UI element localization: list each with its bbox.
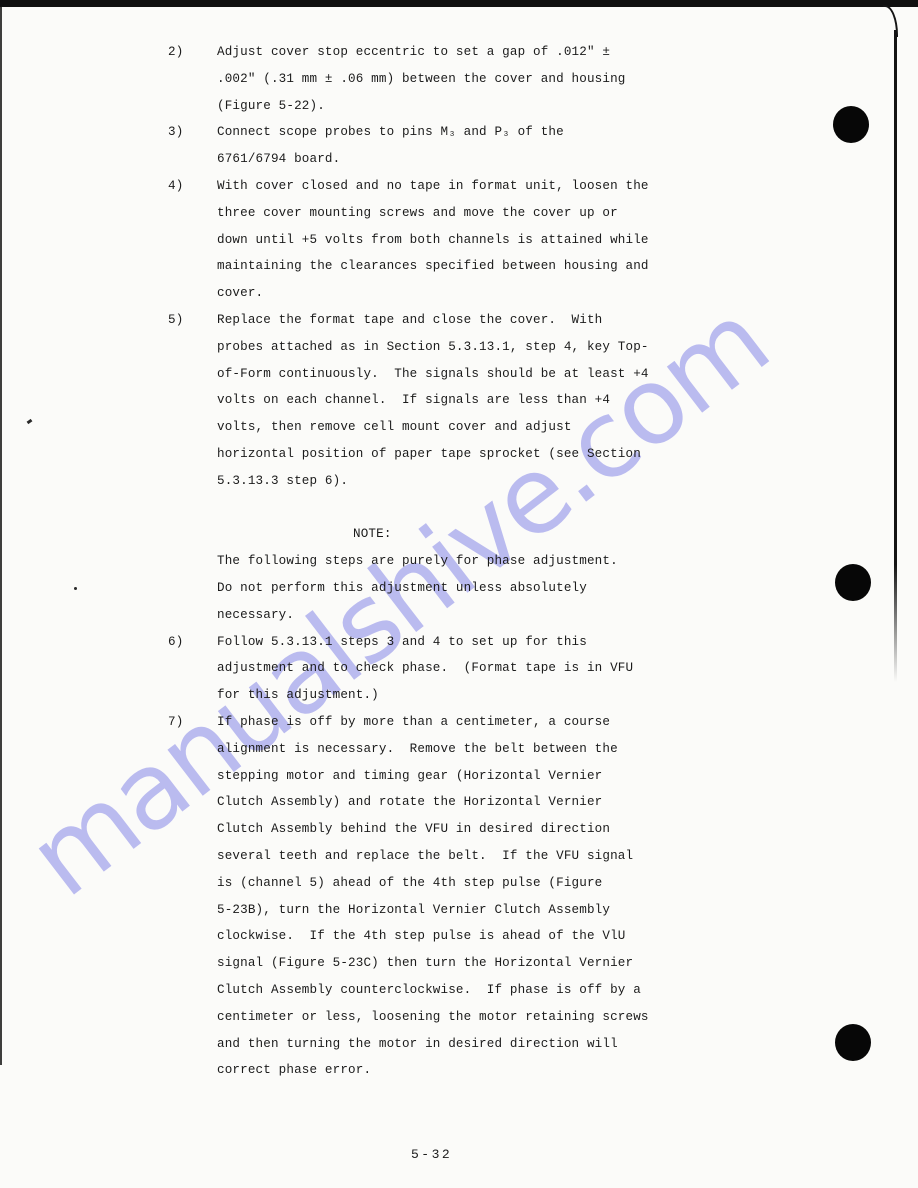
step-number: 6) <box>168 634 183 650</box>
text-line: Follow 5.3.13.1 steps 3 and 4 to set up … <box>217 634 587 650</box>
text-line: centimeter or less, loosening the motor … <box>217 1009 649 1025</box>
text-line: Clutch Assembly behind the VFU in desire… <box>217 821 610 837</box>
scan-edge-left-line <box>0 7 2 1065</box>
text-line: maintaining the clearances specified bet… <box>217 258 649 274</box>
text-line: correct phase error. <box>217 1062 371 1078</box>
text-line: .002" (.31 mm ± .06 mm) between the cove… <box>217 71 626 87</box>
text-line: probes attached as in Section 5.3.13.1, … <box>217 339 649 355</box>
text-line: Connect scope probes to pins M₃ and P₃ o… <box>217 124 564 140</box>
scanned-manual-page: manualshive.com 2)Adjust cover stop ecce… <box>0 0 918 1188</box>
text-line: (Figure 5-22). <box>217 98 325 114</box>
scan-edge-top-strip <box>0 0 918 7</box>
scan-edge-right-line <box>894 30 897 682</box>
scan-speck <box>74 587 77 590</box>
text-line: necessary. <box>217 607 294 623</box>
step-number: 2) <box>168 44 183 60</box>
page-number: 5-32 <box>411 1147 452 1162</box>
text-line: volts, then remove cell mount cover and … <box>217 419 572 435</box>
text-line: of-Form continuously. The signals should… <box>217 366 649 382</box>
text-line: 6761/6794 board. <box>217 151 340 167</box>
text-line: several teeth and replace the belt. If t… <box>217 848 633 864</box>
step-number: 4) <box>168 178 183 194</box>
step-number: 7) <box>168 714 183 730</box>
scan-speck <box>27 419 33 424</box>
text-line: Replace the format tape and close the co… <box>217 312 602 328</box>
text-line: and then turning the motor in desired di… <box>217 1036 618 1052</box>
text-line: 5.3.13.3 step 6). <box>217 473 348 489</box>
text-line: alignment is necessary. Remove the belt … <box>217 741 618 757</box>
text-line: signal (Figure 5-23C) then turn the Hori… <box>217 955 633 971</box>
punch-hole-dot <box>835 564 871 601</box>
text-line: down until +5 volts from both channels i… <box>217 232 649 248</box>
text-line: is (channel 5) ahead of the 4th step pul… <box>217 875 602 891</box>
text-line: Clutch Assembly) and rotate the Horizont… <box>217 794 602 810</box>
text-line: clockwise. If the 4th step pulse is ahea… <box>217 928 626 944</box>
text-line: cover. <box>217 285 263 301</box>
text-line: volts on each channel. If signals are le… <box>217 392 610 408</box>
note-heading: NOTE: <box>353 526 392 542</box>
text-line: for this adjustment.) <box>217 687 379 703</box>
text-line: Clutch Assembly counterclockwise. If pha… <box>217 982 641 998</box>
step-number: 5) <box>168 312 183 328</box>
text-line: adjustment and to check phase. (Format t… <box>217 660 633 676</box>
text-line: 5-23B), turn the Horizontal Vernier Clut… <box>217 902 610 918</box>
text-line: If phase is off by more than a centimete… <box>217 714 610 730</box>
text-line: Adjust cover stop eccentric to set a gap… <box>217 44 610 60</box>
text-line: The following steps are purely for phase… <box>217 553 618 569</box>
step-number: 3) <box>168 124 183 140</box>
punch-hole-dot <box>835 1024 871 1061</box>
text-line: horizontal position of paper tape sprock… <box>217 446 641 462</box>
text-line: stepping motor and timing gear (Horizont… <box>217 768 602 784</box>
punch-hole-dot <box>833 106 869 143</box>
text-line: Do not perform this adjustment unless ab… <box>217 580 587 596</box>
text-line: With cover closed and no tape in format … <box>217 178 649 194</box>
text-line: three cover mounting screws and move the… <box>217 205 618 221</box>
